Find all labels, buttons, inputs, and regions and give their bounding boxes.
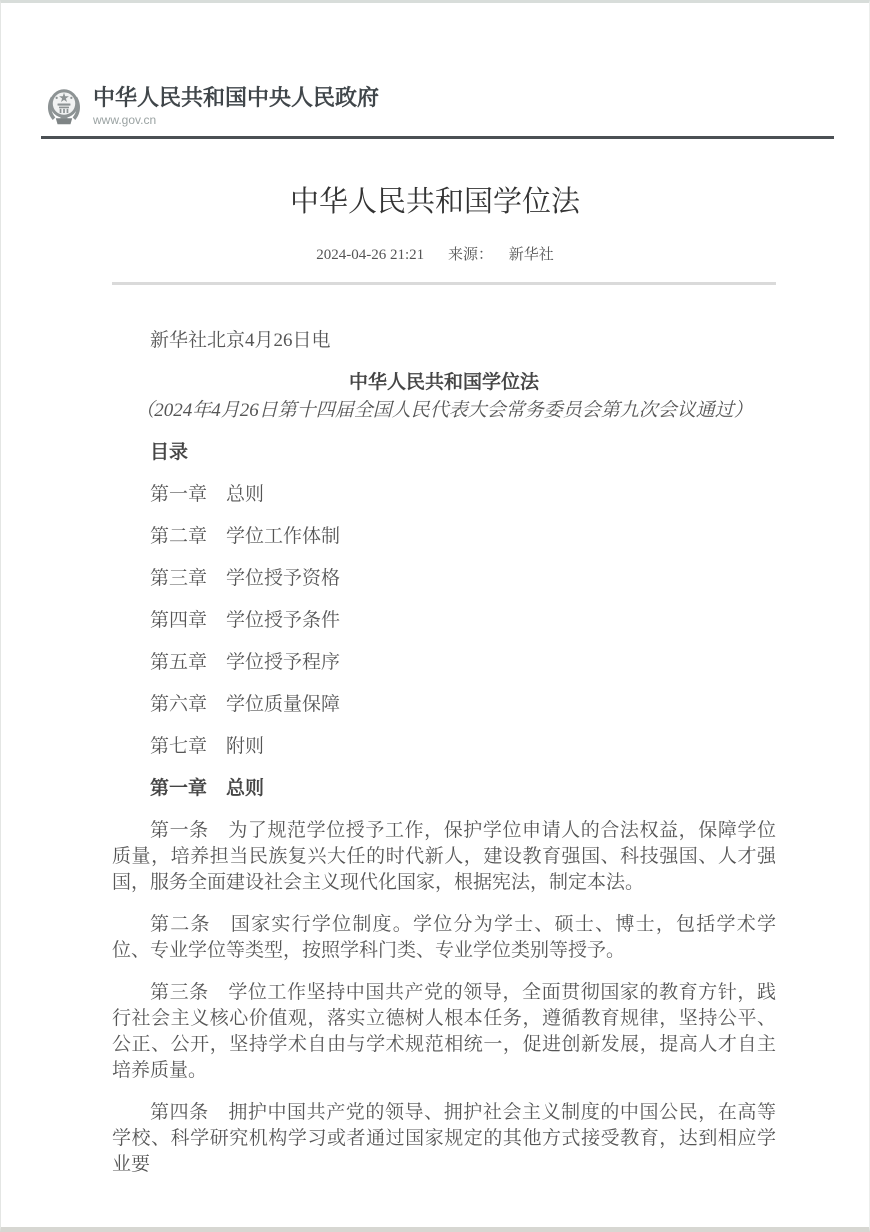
source-label: 来源：: [448, 247, 493, 263]
title-block: 中华人民共和国学位法: [1, 185, 869, 219]
meta-divider: [112, 282, 776, 285]
site-name[interactable]: 中华人民共和国中央人民政府: [93, 86, 379, 110]
toc-item-chapter4: 第四章 学位授予条件: [112, 608, 776, 634]
document-title: 中华人民共和国学位法: [112, 370, 776, 396]
law-article-2: 第二条 国家实行学位制度。学位分为学士、硕士、博士，包括学术学位、专业学位等类型…: [112, 912, 776, 964]
law-article-1: 第一条 为了规范学位授予工作，保护学位申请人的合法权益，保障学位质量，培养担当民…: [112, 818, 776, 896]
site-brand-text: 中华人民共和国中央人民政府 www.gov.cn: [93, 85, 379, 127]
article-meta: 2024-04-26 21:21 来源： 新华社: [1, 245, 869, 265]
toc-item-chapter2: 第二章 学位工作体制: [112, 524, 776, 550]
national-emblem-icon: [45, 85, 83, 129]
chapter1-heading: 第一章 总则: [112, 776, 776, 802]
toc-item-chapter6: 第六章 学位质量保障: [112, 692, 776, 718]
site-url[interactable]: www.gov.cn: [93, 113, 379, 127]
toc-heading: 目录: [112, 440, 776, 466]
publish-datetime: 2024-04-26 21:21: [316, 247, 424, 263]
source-name[interactable]: 新华社: [509, 247, 554, 263]
article-body: 新华社北京4月26日电 中华人民共和国学位法 （2024年4月26日第十四届全国…: [112, 328, 776, 1178]
law-article-3: 第三条 学位工作坚持中国共产党的领导，全面贯彻国家的教育方针，践行社会主义核心价…: [112, 980, 776, 1084]
page-title: 中华人民共和国学位法: [1, 185, 869, 219]
site-header[interactable]: 中华人民共和国中央人民政府 www.gov.cn: [1, 3, 869, 136]
law-article-4: 第四条 拥护中国共产党的领导、拥护社会主义制度的中国公民，在高等学校、科学研究机…: [112, 1100, 776, 1178]
toc-item-chapter5: 第五章 学位授予程序: [112, 650, 776, 676]
dateline: 新华社北京4月26日电: [112, 328, 776, 354]
gov-article-page: 中华人民共和国中央人民政府 www.gov.cn 中华人民共和国学位法 2024…: [0, 0, 870, 1232]
toc-item-chapter7: 第七章 附则: [112, 734, 776, 760]
header-rule: [41, 136, 834, 139]
document-adoption-note: （2024年4月26日第十四届全国人民代表大会常务委员会第九次会议通过）: [112, 398, 776, 424]
toc-item-chapter3: 第三章 学位授予资格: [112, 566, 776, 592]
toc-item-chapter1: 第一章 总则: [112, 482, 776, 508]
